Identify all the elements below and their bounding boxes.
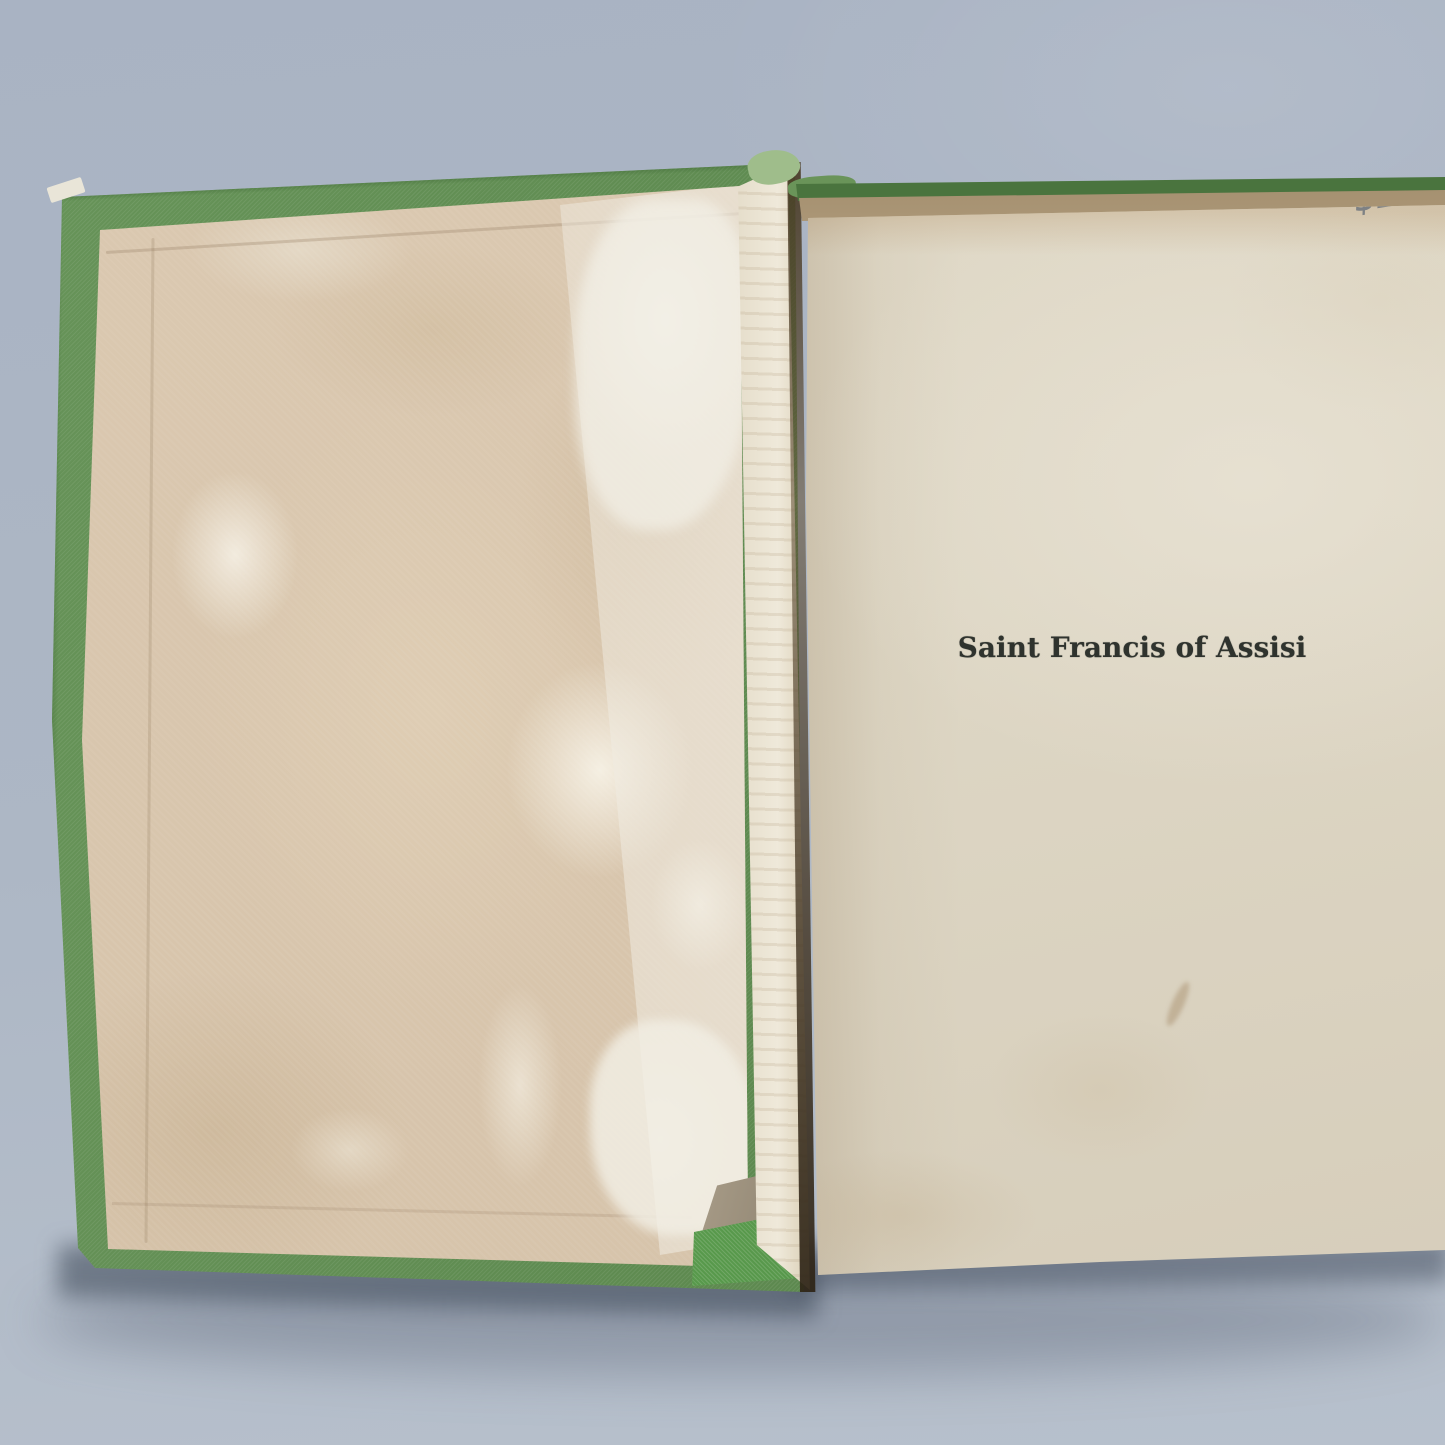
turn-in-ridge-bottom [112, 1202, 692, 1219]
half-title-text: Saint Francis of Assisi [958, 634, 1307, 662]
turn-in-ridge-left [144, 238, 154, 1243]
open-book-photo: Saint Francis of Assisi $1200 [0, 0, 1445, 1445]
page-smudge-mark [1163, 980, 1193, 1029]
paste-residue-top-blob [575, 200, 750, 530]
